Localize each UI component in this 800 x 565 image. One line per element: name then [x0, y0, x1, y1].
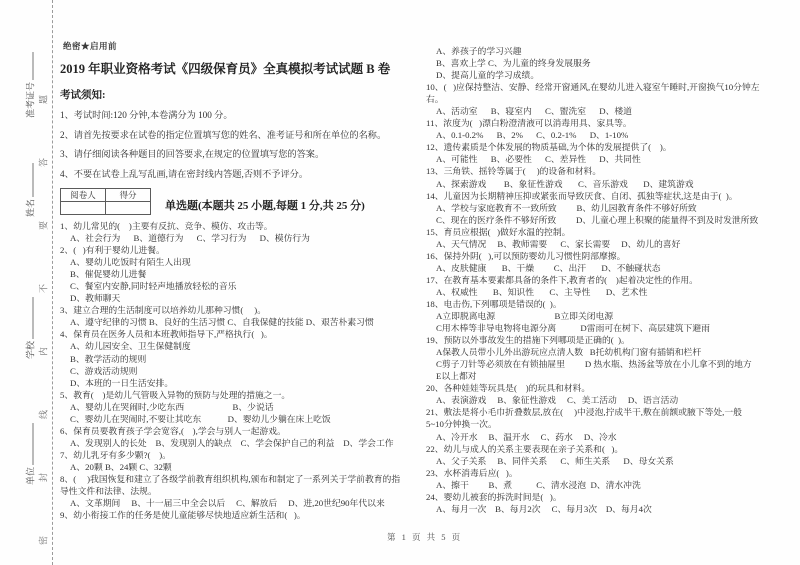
grader-score-row: 阅卷人 得分 单选题(本题共 25 小题,每题 1 分,共 25 分)	[60, 188, 420, 215]
notice-heading: 考试须知:	[60, 87, 420, 102]
question: 3、建立合理的生活制度可以培养幼儿那种习惯( )。A、遵守纪律的习惯 B、良好的…	[60, 304, 420, 328]
fill-in-line	[25, 297, 34, 339]
option-line: A、婴幼儿在哭闹时,少吃东西 B、少说话	[60, 401, 420, 413]
option-line: A、表演游戏 B、象征性游戏 C、美工活动 D、语言活动	[426, 394, 796, 406]
option-line: A、活动室 B、寝室内 C、盥洗室 D、楼道	[426, 105, 796, 117]
question-line: 7、幼儿乳牙有多少颗?( )。	[60, 449, 420, 461]
option-line: A、探索游戏 B、象征性游戏 C、音乐游戏 D、建筑游戏	[426, 178, 796, 190]
fill-in-line	[25, 163, 34, 197]
exam-page: 密封线内不要答题 准考证号 姓名 学校 单位 绝密★启用前 2019 年职业资格…	[0, 0, 800, 565]
option-line: C、婴幼儿在哭闹时,不要让其吃东 D、婴幼儿少躺在床上吃饭	[60, 413, 420, 425]
question: 6、保育员要教育孩子学会宽容,( ),学会与别人一起游戏。A、发现别人的长处 B…	[60, 425, 420, 449]
question: 5、教育( )是幼儿气管吸入异物的预防与处理的措施之一。A、婴幼儿在哭闹时,少吃…	[60, 389, 420, 425]
question-line: 23、水杯消毒后应( )。	[426, 467, 796, 479]
question-line: 19、预防以外事故发生的措施下列哪项是正确的( )。	[426, 334, 796, 346]
option-line: E以上都对	[426, 370, 796, 382]
notice-item: 1、考试时间:120 分钟,本卷满分为 100 分。	[60, 110, 420, 121]
option-line: B、喜欢上学 C、为儿童的终身发展服务	[426, 57, 796, 69]
question: 21、敷法是将小毛巾折叠数层,放在( )中浸泡,拧成半干,敷在前额或腋下等处,一…	[426, 406, 796, 442]
option-line: A、20颗 B、24颗 C、32颗	[60, 461, 420, 473]
question-line: 4、保育员在医务人员和本班教师指导下,严格执行( )。	[60, 328, 420, 340]
left-column: 绝密★启用前 2019 年职业资格考试《四级保育员》全真模拟考试试题 B 卷 考…	[60, 40, 420, 521]
question: 1、幼儿常见的( )主要有反抗、竞争、模仿、攻击等。A、社会行为 B、道德行为 …	[60, 220, 420, 244]
option-line: B、催促婴幼儿进餐	[60, 268, 420, 280]
option-line: B、教学活动的规则	[60, 353, 420, 365]
page-number: 第 1 页 共 5 页	[387, 531, 462, 543]
question-line: 20、各种娃娃等玩具是( )的玩具和材料。	[426, 382, 796, 394]
question-line: 右。	[426, 93, 796, 105]
question-list-left: 1、幼儿常见的( )主要有反抗、竞争、模仿、攻击等。A、社会行为 B、道德行为 …	[60, 220, 420, 521]
option-line: A、文革期间 B、十一届三中全会以后 C、解放后 D、进,20世纪90年代以来	[60, 497, 420, 509]
seal-field-label: 单位	[26, 467, 36, 485]
notice-item: 3、请仔细阅读各种题目的回答要求,在规定的位置填写您的答案。	[60, 149, 420, 160]
question-line: 17、在教育基本要素都具备的条件下,教育者的( )起着决定性的作用。	[426, 274, 796, 286]
question-line: 15、育员应根据( )做好水温的控制。	[426, 226, 796, 238]
seal-dotted-line	[52, 0, 53, 565]
score-value-cell	[106, 202, 151, 215]
question: 2、( )有利于婴幼儿进餐。A、婴幼儿吃饭时有陌生人出现B、催促婴幼儿进餐C、餐…	[60, 244, 420, 304]
question-line: 8、( )我国恢复和建立了各级学前教育组织机构,颁布和制定了一系列关于学前教育的…	[60, 473, 420, 485]
seal-field-label: 学校	[26, 341, 36, 359]
question-line: 22、幼儿与成人的关系主要表现在亲子关系和( )。	[426, 443, 796, 455]
option-line: D、提高儿童的学习成绩。	[426, 69, 796, 81]
option-line: D、教师聊天	[60, 292, 420, 304]
option-line: A、0.1-0.2% B、2% C、0.2-1% D、1-10%	[426, 129, 796, 141]
option-line: A、可能性 B、必要性 C、差异性 D、共同性	[426, 153, 796, 165]
option-line: A、社会行为 B、道德行为 C、学习行为 D、模仿行为	[60, 232, 420, 244]
question-line: 12、遗传素质是个体发展的物质基础,为个体的发展提供了( )。	[426, 141, 796, 153]
option-line: A、养孩子的学习兴趣	[426, 45, 796, 57]
option-line: A、权威性 B、知识性 C、主导性 D、艺术性	[426, 286, 796, 298]
question-line: 14、儿童因为长期精神压抑或紧张而导致厌食、自闭、孤独等症状,这是由于( )。	[426, 190, 796, 202]
notice-item: 4、不要在试卷上乱写乱画,请在密封线内答题,否则不予评分。	[60, 169, 420, 180]
question-line: 5~10分钟换一次。	[426, 418, 796, 430]
option-line: A、父子关系 B、同伴关系 C、师生关系 D、母女关系	[426, 455, 796, 467]
option-line: A、擦干 B、煮 C、清水浸泡 D、清水冲洗	[426, 479, 796, 491]
option-line: A、遵守纪律的习惯 B、良好的生活习惯 C、自我保健的技能 D、艰苦朴素习惯	[60, 316, 420, 328]
question: 24、婴幼儿被套的拆洗时间是( )。A、每月一次 B、每月2次 C、每月3次 D…	[426, 491, 796, 515]
question-line: 9、幼小衔接工作的任务是使儿童能够尽快地适应新生活和( )。	[60, 509, 420, 521]
option-line: C、现在的医疗条件不够好所致 D、儿童心理上积聚的能量得不到及时发泄所致	[426, 214, 796, 226]
option-line: A、皮肤健康 B、干燥 C、出汗 D、不触碰状态	[426, 262, 796, 274]
option-line: A、幼儿园安全、卫生保健制度	[60, 340, 420, 352]
question: 10、( )应保持整洁、安静、经常开窗通风,在婴幼儿进入寝室午睡时,开窗换气10…	[426, 81, 796, 117]
right-column: A、养孩子的学习兴趣B、喜欢上学 C、为儿童的终身发展服务D、提高儿童的学习成绩…	[426, 40, 796, 515]
question: 18、电击伤,下列哪项是错误的( )。A立即脱离电源 B立即关闭电源C用木棒等非…	[426, 298, 796, 334]
question-line: 5、教育( )是幼儿气管吸入异物的预防与处理的措施之一。	[60, 389, 420, 401]
option-line: D、本班的一日生活安排。	[60, 377, 420, 389]
score-header-cell: 得分	[106, 189, 151, 202]
question: 13、三角铁、摇铃等属于( )的设备和材料。A、探索游戏 B、象征性游戏 C、音…	[426, 165, 796, 189]
option-line: A、学校与家庭教育不一致所致 B、幼儿园教育条件不够好所致	[426, 202, 796, 214]
option-line: A立即脱离电源 B立即关闭电源	[426, 310, 796, 322]
option-line: A、冷开水 B、温开水 C、药水 D、冷水	[426, 431, 796, 443]
question: 20、各种娃娃等玩具是( )的玩具和材料。A、表演游戏 B、象征性游戏 C、美工…	[426, 382, 796, 406]
seal-field-label: 姓名	[26, 199, 36, 217]
option-line: C、餐室内安静,同时轻声地播放轻松的音乐	[60, 280, 420, 292]
fill-in-line	[25, 52, 34, 80]
question-list-right: A、养孩子的学习兴趣B、喜欢上学 C、为儿童的终身发展服务D、提高儿童的学习成绩…	[426, 45, 796, 515]
question: 16、保持外阴( ),可以预防婴幼儿习惯性阴部摩擦。A、皮肤健康 B、干燥 C、…	[426, 250, 796, 274]
option-line: C、游戏活动规则	[60, 365, 420, 377]
question: 15、育员应根据( )做好水温的控制。A、天气情况 B、教师需要 C、家长需要 …	[426, 226, 796, 250]
option-line: A、婴幼儿吃饭时有陌生人出现	[60, 256, 420, 268]
question-line: 6、保育员要教育孩子学会宽容,( ),学会与别人一起游戏。	[60, 425, 420, 437]
fill-in-line	[25, 423, 34, 465]
option-line: A保教人员带小儿外出游玩应点清人数 B托幼机构门窗有插销和栏杆	[426, 346, 796, 358]
question: 8、( )我国恢复和建立了各级学前教育组织机构,颁布和制定了一系列关于学前教育的…	[60, 473, 420, 509]
question-line: 11、浓度为( )漂白粉澄清液可以消毒用具、家具等。	[426, 117, 796, 129]
question: 11、浓度为( )漂白粉澄清液可以消毒用具、家具等。A、0.1-0.2% B、2…	[426, 117, 796, 141]
question: 17、在教育基本要素都具备的条件下,教育者的( )起着决定性的作用。A、权威性 …	[426, 274, 796, 298]
classification-stamp: 绝密★启用前	[63, 40, 420, 52]
question-line: 21、敷法是将小毛巾折叠数层,放在( )中浸泡,拧成半干,敷在前额或腋下等处,一…	[426, 406, 796, 418]
question: A、养孩子的学习兴趣B、喜欢上学 C、为儿童的终身发展服务D、提高儿童的学习成绩…	[426, 45, 796, 81]
question-line: 1、幼儿常见的( )主要有反抗、竞争、模仿、攻击等。	[60, 220, 420, 232]
option-line: C用木棒等非导电物将电源分离 D雷雨可在树下、高层建筑下避雨	[426, 322, 796, 334]
question: 4、保育员在医务人员和本班教师指导下,严格执行( )。A、幼儿园安全、卫生保健制…	[60, 328, 420, 388]
question-line: 24、婴幼儿被套的拆洗时间是( )。	[426, 491, 796, 503]
question-line: 10、( )应保持整洁、安静、经常开窗通风,在婴幼儿进入寝室午睡时,开窗换气10…	[426, 81, 796, 93]
section-title: 单选题(本题共 25 小题,每题 1 分,共 25 分)	[165, 197, 365, 213]
question: 23、水杯消毒后应( )。A、擦干 B、煮 C、清水浸泡 D、清水冲洗	[426, 467, 796, 491]
option-line: A、发现别人的长处 B、发现别人的缺点 C、学会保护自己的利益 D、学会工作	[60, 437, 420, 449]
grader-score-table: 阅卷人 得分	[60, 188, 151, 215]
page-title: 2019 年职业资格考试《四级保育员》全真模拟考试试题 B 卷	[60, 61, 420, 78]
question: 22、幼儿与成人的关系主要表现在亲子关系和( )。A、父子关系 B、同伴关系 C…	[426, 443, 796, 467]
question-line: 18、电击伤,下列哪项是错误的( )。	[426, 298, 796, 310]
notice-item: 2、请首先按要求在试卷的指定位置填写您的姓名、准考证号和所在单位的名称。	[60, 130, 420, 141]
question: 19、预防以外事故发生的措施下列哪项是正确的( )。A保教人员带小儿外出游玩应点…	[426, 334, 796, 382]
option-line: A、天气情况 B、教师需要 C、家长需要 D、幼儿的喜好	[426, 238, 796, 250]
question-line: 13、三角铁、摇铃等属于( )的设备和材料。	[426, 165, 796, 177]
seal-field-label: 准考证号	[26, 82, 36, 118]
question-line: 3、建立合理的生活制度可以培养幼儿那种习惯( )。	[60, 304, 420, 316]
question: 7、幼儿乳牙有多少颗?( )。A、20颗 B、24颗 C、32颗	[60, 449, 420, 473]
question: 12、遗传素质是个体发展的物质基础,为个体的发展提供了( )。A、可能性 B、必…	[426, 141, 796, 165]
question: 14、儿童因为长期精神压抑或紧张而导致厌食、自闭、孤独等症状,这是由于( )。A…	[426, 190, 796, 226]
option-line: A、每月一次 B、每月2次 C、每月3次 D、每月4次	[426, 503, 796, 515]
question-line: 16、保持外阴( ),可以预防婴幼儿习惯性阴部摩擦。	[426, 250, 796, 262]
grader-value-cell	[61, 202, 106, 215]
question-line: 2、( )有利于婴幼儿进餐。	[60, 244, 420, 256]
question-line: 导性文件和法律、法规。	[60, 485, 420, 497]
question: 9、幼小衔接工作的任务是使儿童能够尽快地适应新生活和( )。	[60, 509, 420, 521]
option-line: C剪子刀针等必须放在有锁抽屉里 D 热水瓶、热汤盆等放在小儿拿不到的地方	[426, 358, 796, 370]
grader-header-cell: 阅卷人	[61, 189, 106, 202]
